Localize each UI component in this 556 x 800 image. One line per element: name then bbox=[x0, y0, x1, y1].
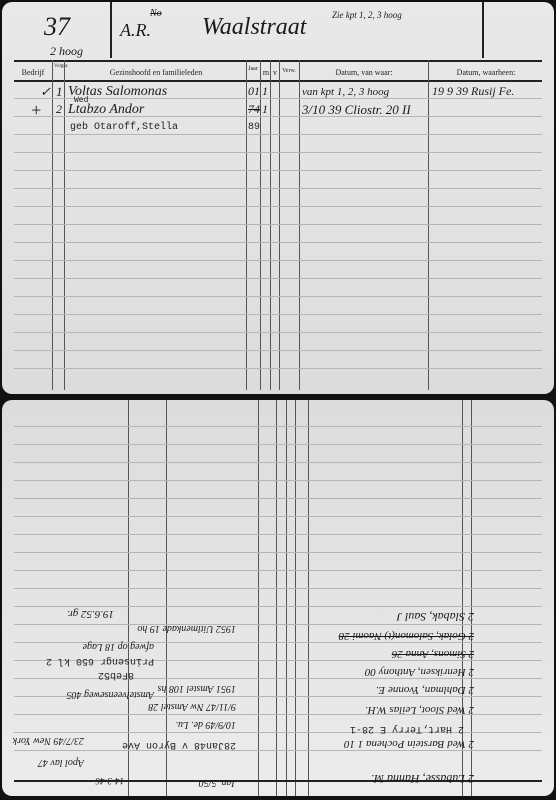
street-name: Waalstraat bbox=[202, 14, 306, 41]
reverse-content: 2 Lubasse, Hanna M. 2 Wed Barstein Poche… bbox=[2, 400, 554, 796]
row-nr: 1 bbox=[56, 84, 63, 100]
divider bbox=[482, 2, 484, 58]
row-mark: ✓ bbox=[40, 84, 51, 100]
col-line bbox=[52, 60, 53, 390]
header-rule bbox=[14, 60, 542, 62]
row-to: 19 9 39 Rusij Fe. bbox=[432, 84, 514, 99]
reverse-entry: 23/7/49 New York bbox=[13, 735, 84, 746]
card-number: 37 bbox=[44, 12, 70, 42]
see-note: Zie kpt 1, 2, 3 hoog bbox=[332, 10, 402, 20]
row-m: 1 bbox=[262, 84, 268, 99]
col-line bbox=[279, 60, 280, 390]
typed-entry: 28Jan48 v Byron Ave bbox=[122, 739, 236, 750]
typed-entry: 2 Hart,Terry E 28-1 bbox=[350, 723, 464, 734]
reverse-entry: Amstelveenseweg 405 bbox=[67, 689, 154, 700]
reverse-entry: 2 Wed Barstein Pochena 1 10 bbox=[344, 738, 474, 750]
col-v: v bbox=[271, 68, 279, 77]
row-year: 01 bbox=[248, 84, 260, 99]
reverse-entry: 2 Golak, Salomon(t) Naomi 28 bbox=[339, 630, 474, 642]
row-mark: + bbox=[30, 100, 42, 121]
reverse-entry: 2 Slabak, Saul J bbox=[397, 609, 474, 624]
card-reverse: 2 Lubasse, Hanna M. 2 Wed Barstein Poche… bbox=[2, 400, 554, 796]
reverse-entry: 2 Lubasse, Hanna M. bbox=[371, 771, 474, 786]
reverse-entry: 2 Simons, Anna 26 bbox=[392, 648, 474, 660]
row-m: 1 bbox=[262, 102, 268, 117]
col-line bbox=[246, 60, 247, 390]
row-name: geb Otaroff,Stella bbox=[70, 122, 178, 133]
reverse-entry: 1951 Amstel 108 hs bbox=[158, 683, 236, 694]
col-gezinshoofd: Gezinshoofd en familieleden bbox=[66, 68, 246, 77]
reverse-entry: 9/11/47 Nw Amstel 28 bbox=[148, 701, 236, 712]
reverse-entry: 2 Wed Sloot, Leilas W.H. bbox=[365, 704, 474, 716]
row-year: 89 bbox=[248, 122, 260, 133]
row-nr: 2 bbox=[56, 102, 62, 117]
reverse-entry: Apol lav 47 bbox=[38, 757, 84, 768]
col-van-waar: Datum, van waar: bbox=[300, 68, 428, 77]
col-line bbox=[270, 60, 271, 390]
col-verw: Verw. bbox=[279, 68, 299, 74]
prefix-note: No bbox=[150, 8, 162, 19]
reverse-entry: 2 Henriksen, Anthony 00 bbox=[365, 666, 474, 678]
card-front: 37 2 hoog A.R. No Waalstraat Zie kpt 1, … bbox=[2, 2, 554, 394]
reverse-entry: 19.6.52 gr. bbox=[67, 608, 114, 620]
col-line bbox=[299, 60, 300, 390]
reverse-entry: 1952 Uitlmenkade 19 ho bbox=[137, 623, 236, 634]
col-line bbox=[428, 60, 429, 390]
row-from: van kpt 1, 2, 3 hoog bbox=[302, 86, 389, 98]
row-year: 74 bbox=[248, 102, 260, 117]
row-name: Ltabzo Andor bbox=[68, 102, 144, 118]
reverse-entry: Jan. 5/50 bbox=[199, 777, 236, 788]
typed-entry: Prinsengr 650 kl 2 bbox=[46, 655, 154, 666]
reverse-entry: 2 Dahlman, Yvonne E. bbox=[376, 684, 474, 696]
prefix: A.R. bbox=[120, 20, 151, 41]
col-waarheen: Datum, waarheen: bbox=[430, 68, 542, 77]
col-line bbox=[260, 60, 261, 390]
reverse-entry: 10/9/49 de. Lu. bbox=[175, 719, 236, 730]
divider bbox=[110, 2, 112, 58]
card-floor: 2 hoog bbox=[50, 44, 83, 59]
col-jaar: Jaar bbox=[247, 66, 259, 72]
reverse-entry: afweg op 18 Lage bbox=[83, 641, 154, 652]
typed-entry: 8Feb52 bbox=[98, 669, 134, 680]
col-volgnr: Volgnr. bbox=[54, 64, 64, 69]
col-bedrijf: Bedrijf bbox=[14, 68, 52, 77]
reverse-entry: 14-3-46 bbox=[96, 776, 125, 786]
header-rule bbox=[14, 80, 542, 82]
row-from: 3/10 39 Cliostr. 20 II bbox=[302, 102, 411, 118]
col-line bbox=[64, 60, 65, 390]
